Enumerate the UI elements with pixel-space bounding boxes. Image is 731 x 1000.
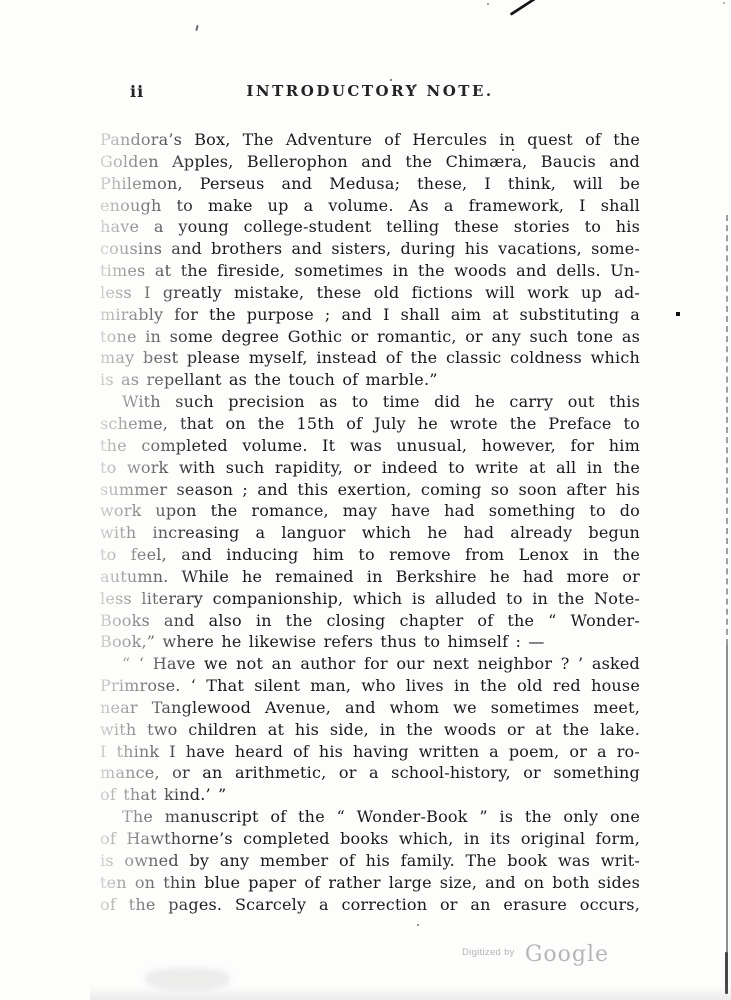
- text-line: may best please myself, instead of the c…: [100, 347, 640, 369]
- scan-speck: [195, 25, 198, 31]
- text-line: mirably for the purpose ; and I shall ai…: [100, 304, 640, 326]
- scanned-page: ii INTRODUCTORY NOTE. Pandora’s Box, The…: [0, 0, 731, 1000]
- text-line: have a young college-student telling the…: [100, 216, 640, 238]
- watermark: Digitized by Google: [462, 942, 662, 976]
- text-line: scheme, that on the 15th of July he wrot…: [100, 413, 640, 435]
- scan-speck: [723, 2, 725, 4]
- text-line: Pandora’s Box, The Adventure of Hercules…: [100, 129, 640, 151]
- page-edge-shadow: [725, 952, 728, 994]
- bottom-scan-shadow: [90, 986, 731, 1000]
- text-line: of Hawthorne’s completed books which, in…: [100, 828, 640, 850]
- text-line: enough to make up a volume. As a framewo…: [100, 195, 640, 217]
- page-edge-line: [726, 645, 728, 960]
- text-line: is owned by any member of his family. Th…: [100, 850, 640, 872]
- page-header: ii INTRODUCTORY NOTE.: [100, 82, 640, 102]
- text-line: Golden Apples, Bellerophon and the Chimæ…: [100, 151, 640, 173]
- text-line: I think I have heard of his having writt…: [100, 741, 640, 763]
- body-text: Pandora’s Box, The Adventure of Hercules…: [100, 129, 640, 915]
- text-line: “ ‘ Have we not an author for our next n…: [100, 653, 640, 675]
- text-line: is as repellant as the touch of marble.”: [100, 369, 640, 391]
- text-line: of the pages. Scarcely a correction or a…: [100, 894, 640, 916]
- text-line: Book,” where he likewise refers thus to …: [100, 631, 640, 653]
- running-title: INTRODUCTORY NOTE.: [246, 82, 493, 100]
- text-line: autumn. While he remained in Berkshire h…: [100, 566, 640, 588]
- scan-smudge: [145, 968, 230, 990]
- text-line: mance, or an arithmetic, or a school-his…: [100, 762, 640, 784]
- text-line: times at the fireside, sometimes in the …: [100, 260, 640, 282]
- page-edge-dashed-line: [726, 215, 728, 645]
- text-line: With such precision as to time did he ca…: [100, 391, 640, 413]
- text-line: to feel, and inducing him to remove from…: [100, 544, 640, 566]
- pen-stroke-mark: [510, 0, 537, 16]
- scan-speck: [487, 3, 489, 5]
- text-line: with increasing a languor which he had a…: [100, 522, 640, 544]
- text-line: the completed volume. It was unusual, ho…: [100, 435, 640, 457]
- text-line: Philemon, Perseus and Medusa; these, I t…: [100, 173, 640, 195]
- text-line: The manuscript of the “ Wonder-Book ” is…: [100, 806, 640, 828]
- text-line: cousins and brothers and sisters, during…: [100, 238, 640, 260]
- text-line: to work with such rapidity, or indeed to…: [100, 457, 640, 479]
- scan-speck: [390, 79, 392, 81]
- scan-speck: [676, 312, 680, 316]
- text-line: ten on thin blue paper of rather large s…: [100, 872, 640, 894]
- text-line: summer season ; and this exertion, comin…: [100, 479, 640, 501]
- google-logo: Google: [525, 942, 609, 967]
- text-line: less I greatly mistake, these old fictio…: [100, 282, 640, 304]
- page-number: ii: [130, 82, 144, 101]
- text-line: of that kind.’ ”: [100, 784, 640, 806]
- text-line: Primrose. ‘ That silent man, who lives i…: [100, 675, 640, 697]
- digitized-by-label: Digitized by: [462, 947, 515, 958]
- text-line: tone in some degree Gothic or romantic, …: [100, 326, 640, 348]
- text-line: Books and also in the closing chapter of…: [100, 610, 640, 632]
- text-line: work upon the romance, may have had some…: [100, 500, 640, 522]
- text-line: near Tanglewood Avenue, and whom we some…: [100, 697, 640, 719]
- text-line: less literary companionship, which is al…: [100, 588, 640, 610]
- text-line: with two children at his side, in the wo…: [100, 719, 640, 741]
- scan-speck: [417, 924, 419, 926]
